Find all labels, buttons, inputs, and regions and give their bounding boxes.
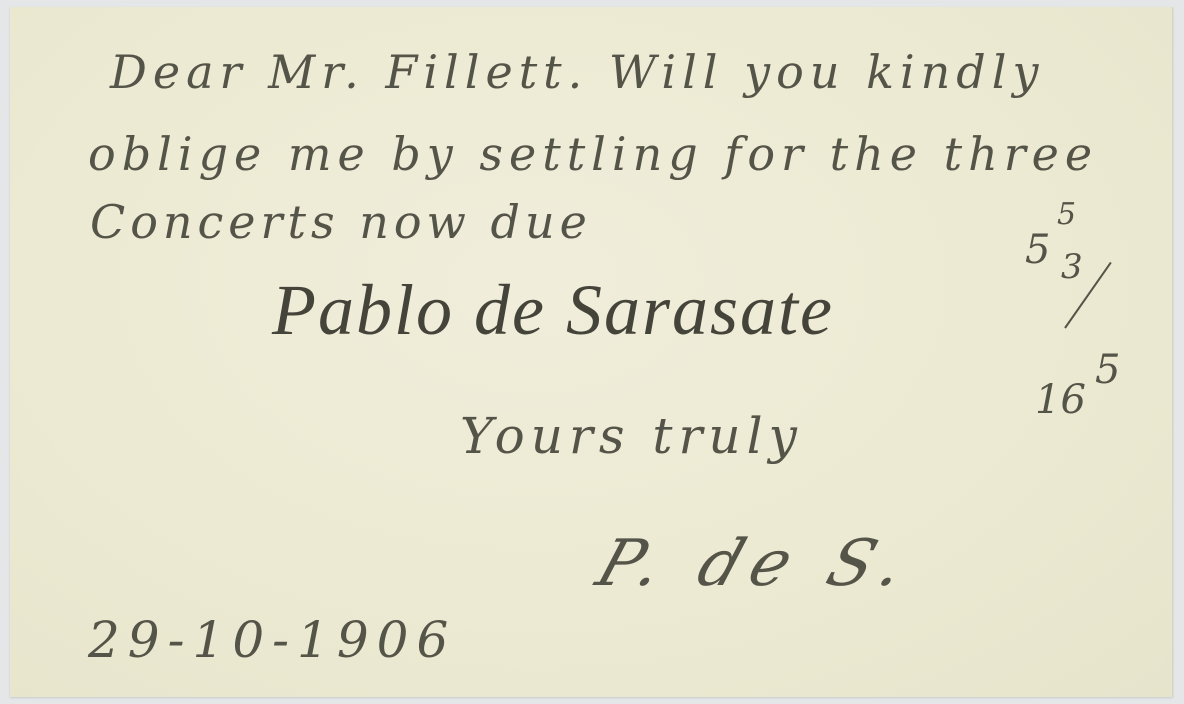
- date: 29-10-1906: [88, 611, 456, 669]
- closing: Yours truly: [460, 407, 803, 465]
- tally-number: 3: [1061, 247, 1083, 287]
- tally-number: 5: [1057, 197, 1076, 232]
- letter-line-3: Concerts now due: [90, 195, 592, 249]
- margin-tally: 5 5 3 16 5: [1025, 197, 1135, 447]
- printed-name: Pablo de Sarasate: [272, 269, 834, 352]
- handwritten-card: Dear Mr. Fillett. Will you kindly oblige…: [10, 7, 1173, 697]
- tally-number: 16: [1035, 377, 1086, 423]
- tally-number: 5: [1025, 227, 1050, 273]
- signature: P. de S.: [588, 527, 924, 601]
- letter-line-1: Dear Mr. Fillett. Will you kindly: [110, 45, 1044, 99]
- tally-number: 5: [1095, 347, 1120, 393]
- letter-line-2: oblige me by settling for the three: [88, 127, 1098, 181]
